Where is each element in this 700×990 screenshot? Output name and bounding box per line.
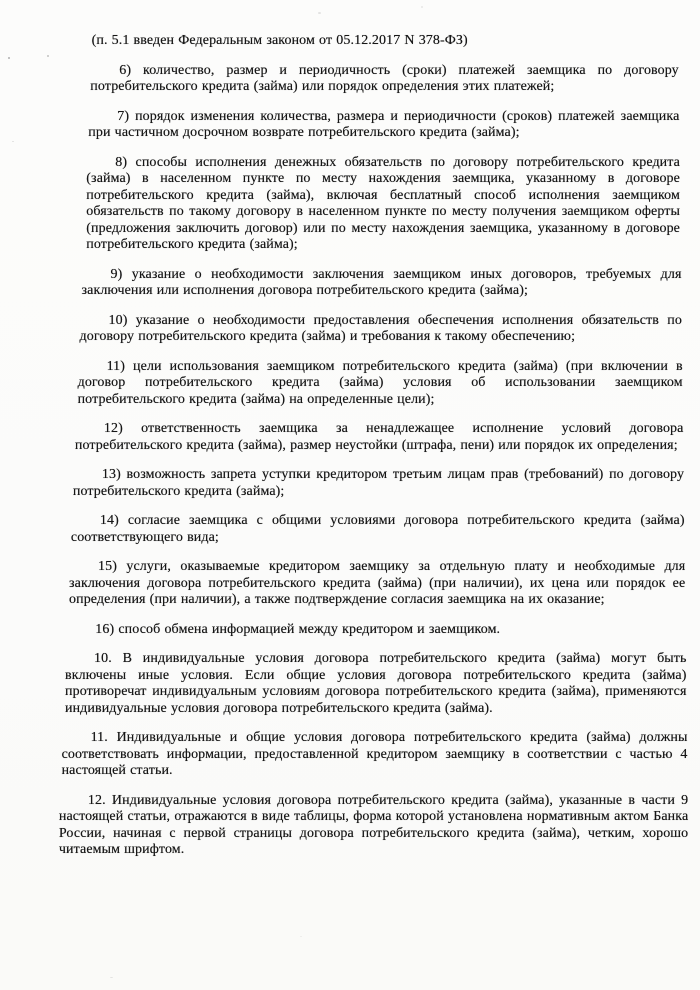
clause-12: 12) ответственность заемщика за ненадлеж…: [75, 421, 684, 454]
clause-13: 13) возможность запрета уступки кредитор…: [73, 467, 684, 500]
document-text: (п. 5.1 введен Федеральным законом от 05…: [0, 0, 700, 859]
clause-9: 9) указание о необходимости заключения з…: [82, 267, 682, 300]
part-10: 10. В индивидуальные условия договора по…: [65, 651, 687, 717]
clause-14: 14) согласие заемщика с общими условиями…: [71, 513, 685, 546]
part-12: 12. Индивидуальные условия договора потр…: [59, 793, 688, 859]
amendment-note: (п. 5.1 введен Федеральным законом от 05…: [92, 33, 679, 50]
clause-16: 16) способ обмена информацией между кред…: [66, 622, 686, 639]
scan-speckle: [110, 977, 113, 978]
clause-7: 7) порядок изменения количества, размера…: [88, 109, 679, 142]
part-11: 11. Индивидуальные и общие условия догов…: [62, 730, 688, 780]
clause-6: 6) количество, размер и периодичность (с…: [90, 63, 679, 96]
clause-8: 8) способы исполнения денежных обязатель…: [86, 155, 680, 254]
clause-10: 10) указание о необходимости предоставле…: [80, 313, 683, 346]
scan-speckle: [300, 936, 302, 937]
clause-11: 11) цели использования заемщиком потреби…: [78, 359, 683, 409]
scanned-page: (п. 5.1 введен Федеральным законом от 05…: [0, 0, 700, 990]
clause-15: 15) услуги, оказываемые кредитором заемщ…: [69, 559, 685, 609]
